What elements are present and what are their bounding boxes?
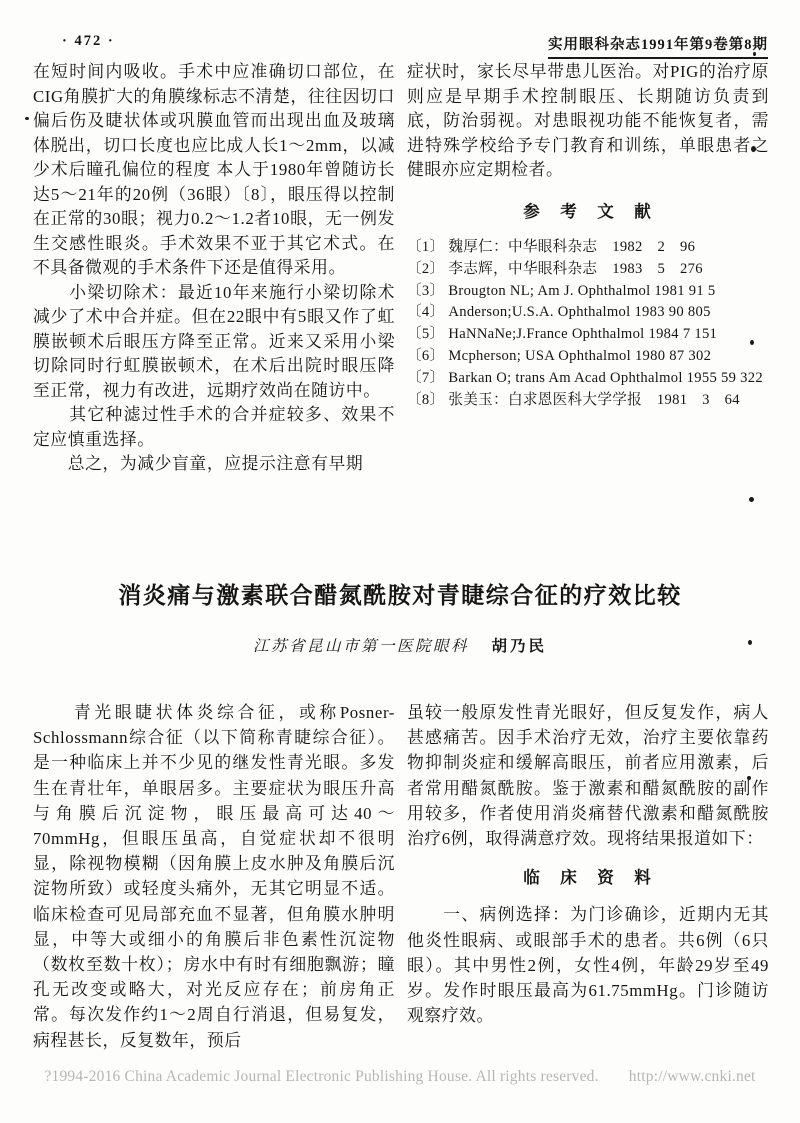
article2-left-column: 青光眼睫状体炎综合征，或称Posner-Schlossmann综合征（以下简称青… bbox=[33, 700, 395, 1053]
reference-number: 〔8〕 bbox=[407, 392, 444, 408]
journal-title: 实用眼科杂志1991年第9卷第8期 bbox=[548, 33, 768, 59]
scan-artifact bbox=[747, 776, 751, 780]
references-heading: 参 考 文 献 bbox=[407, 200, 769, 225]
references-list: 〔1〕魏厚仁：中华眼科杂志 1982 2 96〔2〕李志辉，中华眼科杂志 198… bbox=[407, 237, 769, 411]
reference-item: 〔1〕魏厚仁：中华眼科杂志 1982 2 96 bbox=[407, 237, 769, 259]
article2-right-paragraphs-2: 一、病例选择：为门诊确诊，近期内无其他炎性眼病、或眼部手术的患者。共6例（6只眼… bbox=[407, 902, 769, 1028]
article1-left-column: 在短时间内吸收。手术中应准确切口部位，在CIG角膜扩大的角膜缘标志不清楚，往往因… bbox=[33, 60, 395, 477]
page-header: · 472 · 实用眼科杂志1991年第9卷第8期 bbox=[62, 33, 768, 59]
reference-item: 〔3〕Brougton NL; Am J. Ophthalmol 1981 91… bbox=[407, 281, 769, 303]
article2-body: 青光眼睫状体炎综合征，或称Posner-Schlossmann综合征（以下简称青… bbox=[33, 700, 769, 1053]
article1-body: 在短时间内吸收。手术中应准确切口部位，在CIG角膜扩大的角膜缘标志不清楚，往往因… bbox=[33, 60, 769, 477]
reference-number: 〔5〕 bbox=[407, 326, 444, 342]
reference-text: Anderson;U.S.A. Ophthalmol 1983 90 805 bbox=[448, 304, 710, 320]
copyright-text: ?1994-2016 China Academic Journal Electr… bbox=[44, 1068, 598, 1085]
article1-right-column: 症状时，家长尽早带患儿医治。对PIG的治疗原则应是早期手术控制眼压、长期随访负责… bbox=[407, 60, 769, 477]
reference-number: 〔3〕 bbox=[407, 283, 444, 299]
reference-text: 张美玉：白求恩医科大学学报 1981 3 64 bbox=[448, 392, 739, 408]
article1-right-paragraphs: 症状时，家长尽早带患儿医治。对PIG的治疗原则应是早期手术控制眼压、长期随访负责… bbox=[407, 60, 769, 183]
scan-artifact bbox=[750, 340, 754, 345]
journal-page: { "header": { "page_number": "· 472 ·", … bbox=[0, 0, 800, 1123]
affiliation: 江苏省昆山市第一医院眼科 bbox=[253, 638, 469, 655]
paragraph: 总之，为减少盲童，应提示注意有早期 bbox=[33, 452, 395, 477]
clinical-data-heading: 临 床 资 料 bbox=[407, 866, 769, 891]
paragraph: 青光眼睫状体炎综合征，或称Posner-Schlossmann综合征（以下简称青… bbox=[33, 700, 395, 1053]
cnki-url: http://www.cnki.net bbox=[629, 1068, 756, 1085]
paragraph: 一、病例选择：为门诊确诊，近期内无其他炎性眼病、或眼部手术的患者。共6例（6只眼… bbox=[407, 902, 769, 1028]
reference-number: 〔7〕 bbox=[407, 370, 444, 386]
reference-text: HaNNaNe;J.France Ophthalmol 1984 7 151 bbox=[448, 326, 717, 342]
cnki-footer: ?1994-2016 China Academic Journal Electr… bbox=[0, 1068, 800, 1086]
scan-artifact bbox=[25, 117, 29, 120]
reference-item: 〔4〕Anderson;U.S.A. Ophthalmol 1983 90 80… bbox=[407, 302, 769, 324]
paragraph: 症状时，家长尽早带患儿医治。对PIG的治疗原则应是早期手术控制眼压、长期随访负责… bbox=[407, 60, 769, 183]
reference-item: 〔5〕HaNNaNe;J.France Ophthalmol 1984 7 15… bbox=[407, 324, 769, 346]
paragraph: 在短时间内吸收。手术中应准确切口部位，在CIG角膜扩大的角膜缘标志不清楚，往往因… bbox=[33, 60, 395, 281]
reference-item: 〔7〕Barkan O; trans Am Acad Ophthalmol 19… bbox=[407, 368, 769, 390]
paragraph: 虽较一般原发性青光眼好，但反复发作，病人甚感痛苦。因手术治疗无效，治疗主要依靠药… bbox=[407, 700, 769, 851]
reference-number: 〔6〕 bbox=[407, 348, 444, 364]
article2-right-paragraphs-1: 虽较一般原发性青光眼好，但反复发作，病人甚感痛苦。因手术治疗无效，治疗主要依靠药… bbox=[407, 700, 769, 851]
scan-artifact bbox=[749, 497, 754, 502]
author-name: 胡乃民 bbox=[491, 638, 547, 655]
reference-number: 〔4〕 bbox=[407, 304, 444, 320]
reference-text: 魏厚仁：中华眼科杂志 1982 2 96 bbox=[448, 239, 695, 255]
reference-text: Barkan O; trans Am Acad Ophthalmol 1955 … bbox=[448, 370, 763, 386]
reference-text: Brougton NL; Am J. Ophthalmol 1981 91 5 bbox=[448, 283, 715, 299]
article2-title: 消炎痛与激素联合醋氮酰胺对青睫综合征的疗效比较 bbox=[0, 577, 800, 610]
reference-text: Mcpherson; USA Ophthalmol 1980 87 302 bbox=[448, 348, 711, 364]
reference-number: 〔2〕 bbox=[407, 261, 444, 277]
paragraph: 小梁切除术：最近10年来施行小梁切除术减少了术中合并症。但在22眼中有5眼又作了… bbox=[33, 281, 395, 404]
reference-item: 〔8〕张美玉：白求恩医科大学学报 1981 3 64 bbox=[407, 390, 769, 412]
scan-artifact bbox=[748, 640, 752, 645]
paragraph: 其它种滤过性手术的合并症较多、效果不定应慎重选择。 bbox=[33, 403, 395, 452]
scan-artifact bbox=[753, 52, 756, 56]
article2-byline: 江苏省昆山市第一医院眼科 胡乃民 bbox=[0, 634, 800, 656]
reference-number: 〔1〕 bbox=[407, 239, 444, 255]
reference-item: 〔2〕李志辉，中华眼科杂志 1983 5 276 bbox=[407, 259, 769, 281]
reference-item: 〔6〕Mcpherson; USA Ophthalmol 1980 87 302 bbox=[407, 346, 769, 368]
reference-text: 李志辉，中华眼科杂志 1983 5 276 bbox=[448, 261, 702, 277]
scan-artifact bbox=[751, 146, 756, 152]
page-number: · 472 · bbox=[62, 33, 115, 50]
article2-right-column: 虽较一般原发性青光眼好，但反复发作，病人甚感痛苦。因手术治疗无效，治疗主要依靠药… bbox=[407, 700, 769, 1053]
